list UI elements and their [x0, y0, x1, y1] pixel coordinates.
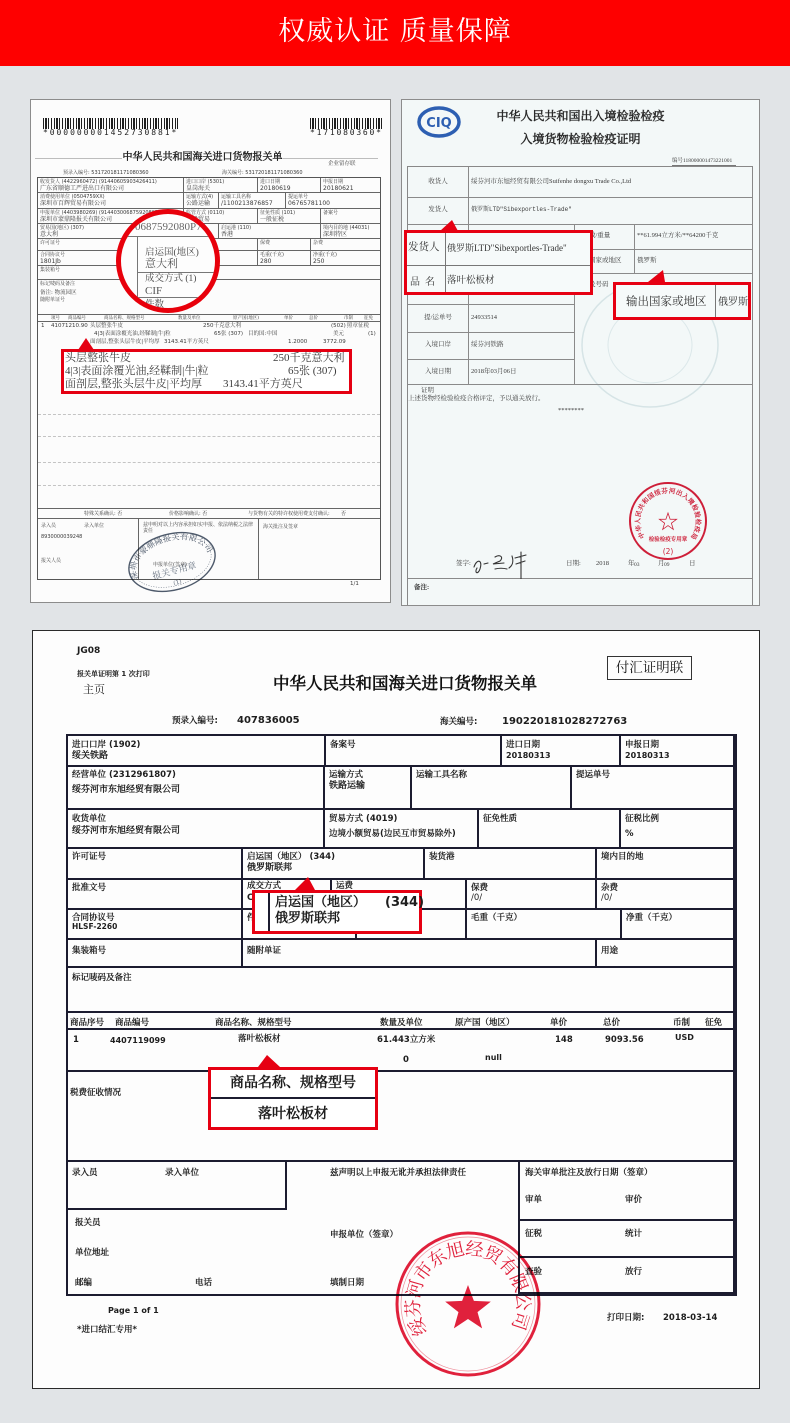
- dotted-line: [38, 462, 380, 463]
- callout-goods-label: 商品名称、规格型号: [211, 1075, 375, 1091]
- remarks-label: 备注:: [414, 584, 429, 592]
- cell-record-no: 备案号: [326, 736, 502, 767]
- misc-fee-value: /0/: [601, 893, 612, 903]
- cell-origin-country: 启运国（地区） (344) 俄罗斯联邦: [243, 849, 425, 880]
- departure-port-value: 香港: [221, 231, 233, 238]
- operator-value: 绥芬河市东旭经贸有限公司: [72, 785, 180, 795]
- phone-label: 电话: [195, 1278, 212, 1288]
- destination-value: 深圳特区: [323, 231, 347, 238]
- goods-origin: null: [485, 1053, 502, 1063]
- consignor-value: 俄罗斯LTD"Sibexportles-Trade": [471, 206, 572, 214]
- misc-fee-label: 杂费: [313, 240, 323, 246]
- cell-consumer: 消费使用单位 (0504759XX) 深圳市百辉贸易有限公司: [38, 193, 184, 209]
- callout-pointer: [258, 1055, 280, 1067]
- page-count: Page 1 of 1: [108, 1306, 159, 1316]
- rule: [408, 384, 752, 385]
- goods-seq: 1: [73, 1035, 79, 1045]
- gross-weight-value: 280: [260, 258, 271, 265]
- declare-date-value: 20180313: [625, 751, 670, 761]
- callout-line1-left: 头层整张牛皮: [65, 352, 131, 365]
- goods-header-row: [38, 315, 380, 322]
- special-relation-confirm: 特殊关系确认: 否: [84, 511, 122, 517]
- consignor-callout: 发货人 俄罗斯LTD"Sibexportles-Trade" 品 名 落叶松板材: [404, 230, 593, 295]
- cell-gross-weight: 毛重(千克) 280: [258, 251, 311, 266]
- cell-license: 许可证号: [68, 849, 243, 880]
- attached-docs-label: 随附单证: [247, 946, 281, 956]
- goods-header: 商品编号: [115, 1018, 149, 1028]
- consignor-value: 广东省顺德工严进出口有限公司: [40, 185, 124, 192]
- rule: [408, 304, 574, 305]
- seal-number: (2): [663, 547, 674, 556]
- import-date-value: 20180313: [506, 751, 551, 761]
- goods-currency: USD: [675, 1033, 694, 1043]
- callout-origin-value: 俄罗斯: [718, 296, 748, 309]
- cell-trade-mode: 贸易方式 (4019) 边境小额贸易(边民互市贸易除外): [325, 810, 479, 849]
- quantity-value: **61.994立方米/**64200千克: [637, 232, 718, 240]
- cell-approval-no: 批准文号: [68, 880, 243, 910]
- cell-tax-rate: 征税比例 %: [621, 810, 735, 849]
- customs-declaration-print: JG08 报关单证明第 1 次打印 主页 中华人民共和国海关进口货物报关单 付汇…: [33, 631, 759, 1388]
- goods-quantity-2: 0: [403, 1055, 409, 1065]
- dotted-line: [38, 414, 380, 415]
- rule: [408, 578, 752, 579]
- cell-container: 集装箱号: [68, 940, 243, 968]
- callout-pointer: [295, 877, 317, 890]
- barcode-right-number: *171080360*: [310, 129, 383, 137]
- rule: [408, 332, 574, 333]
- banner: 权威认证 质量保障: [0, 0, 790, 66]
- banner-title: 权威认证 质量保障: [0, 14, 790, 50]
- goods-header: 商品名称、规格型号: [215, 1018, 292, 1028]
- callout-origin-label: 启运国（地区）: [275, 896, 366, 910]
- contract-value: 1801Jb: [40, 258, 61, 265]
- net-weight-value: 250: [313, 258, 324, 265]
- goods-header: 单价: [284, 316, 293, 321]
- cell-consignor: 收发货人 (4422960472) (91440605903426411) 广东…: [38, 178, 184, 193]
- declarant-label: 报关员: [75, 1218, 101, 1228]
- certify-stars: ********: [558, 407, 584, 415]
- cell-insurance: 保费 /0/: [467, 880, 597, 910]
- goods-header: 币制: [673, 1018, 690, 1028]
- goods-quantity-3: 3143.41平方英尺: [164, 339, 209, 345]
- signature-label: 签字:: [456, 560, 471, 568]
- dotted-line: [38, 485, 380, 486]
- star-icon: [659, 513, 676, 529]
- cell-transport-tool: 运输工具名称: [412, 767, 572, 810]
- certify-label: 证明: [421, 387, 434, 395]
- dotted-line: [38, 436, 380, 437]
- insurance-value: /0/: [471, 893, 482, 903]
- royalty-confirm: 与货物有关的特许权使用费支付确认:: [248, 511, 330, 517]
- cell-tax-stats: [518, 1221, 735, 1258]
- copy-label: 付汇证明联: [607, 656, 692, 680]
- goods-header: 征免: [705, 1018, 722, 1028]
- callout-line2-left: 4|3|表面涂覆光油,经鞣制|牛|粒: [65, 365, 209, 378]
- magnified-rule: [137, 297, 220, 298]
- cell-net-weight: 净重（千克）: [622, 910, 735, 940]
- consignee-value: 绥芬河市东旭经贸有限公司Suifenhe dongxu Trade Co.,Lt…: [471, 178, 631, 186]
- goods-total: 9093.56: [605, 1035, 644, 1045]
- entry-date-label: 入境日期: [408, 368, 468, 376]
- rule: [715, 285, 716, 317]
- tax-rate-value: %: [625, 829, 634, 839]
- callout-origin-label: 输出国家或地区: [626, 295, 707, 309]
- entry-clerk-label: 录入员: [72, 1168, 98, 1178]
- print-date-label: 打印日期:: [607, 1313, 644, 1323]
- goods-header: 原产国（地区）: [455, 1018, 515, 1028]
- print-count: 报关单证明第 1 次打印: [77, 669, 150, 679]
- consignee-label: 收货人: [408, 178, 468, 186]
- certificate-serial: 编号118000001473221001: [672, 157, 736, 166]
- declarant-person-label: 报关人员: [41, 558, 61, 564]
- review-label: 审单: [525, 1195, 542, 1205]
- entry-clerk-label: 录入员: [41, 523, 56, 529]
- cell-destination: 境内目的地: [597, 849, 735, 880]
- certify-text: 上述货物经检验检疫合格评定，予以通关放行。: [408, 395, 545, 403]
- import-port-value: 皇岗海关: [186, 185, 210, 192]
- goods-spec: 4|3|表面涂覆光油,经鞣制|牛|粒: [94, 331, 171, 337]
- goods-name-callout: 商品名称、规格型号 落叶松板材: [208, 1067, 378, 1130]
- company-seal: 绥芬河市东旭经贸有限公司: [393, 1229, 543, 1379]
- price-impact-confirm: 价格影响确认: 否: [169, 511, 207, 517]
- trade-mode-label: 贸易方式 (4019): [329, 814, 397, 824]
- cell-tax: 税费征收情况: [68, 1072, 735, 1162]
- copy-label: 企业留存联: [328, 161, 356, 167]
- cell-destination: 境内目的地 (44031) 深圳特区: [321, 224, 380, 239]
- goods-destination: 目的国:中国: [248, 331, 277, 337]
- pre-entry-label: 预录入编号:: [172, 716, 218, 726]
- cell-declare-date: 申报日期 20180313: [621, 736, 735, 767]
- magnified-rule: [121, 236, 220, 237]
- cell-transport-mode: 运输方式(4) 公路运输: [184, 193, 219, 209]
- cell-import-port: 进口口岸 (1902) 绥关铁路: [68, 736, 326, 767]
- customs-number: 海关编号: 531720181171080360: [222, 170, 303, 176]
- declare-date-label: 申报日期: [625, 740, 659, 750]
- cell-import-date: 进口日期 20180619: [258, 178, 321, 193]
- bill-no-value: 06765781100: [288, 200, 330, 207]
- goods-currency-code: (502): [331, 323, 346, 329]
- entry-unit-label: 录入单位: [84, 523, 104, 529]
- transport-tool-label: 运输工具名称: [416, 770, 467, 780]
- print-date: 2018-03-14: [663, 1313, 717, 1323]
- callout-line3-right: 3143.41平方英尺: [223, 378, 303, 391]
- goods-header: 数量及单位: [178, 316, 201, 321]
- price-review-label: 审价: [625, 1195, 642, 1205]
- goods-header: 币制: [344, 316, 353, 321]
- container-label: 集装箱号: [40, 267, 60, 273]
- transport-tool-value: /1100213876857: [221, 200, 273, 207]
- magnified-deal-value: CIF: [145, 285, 162, 297]
- bill-no-label: 提/运单号: [408, 314, 468, 322]
- rule: [408, 197, 752, 198]
- rule: [445, 233, 446, 292]
- usage-label: 用途: [601, 946, 618, 956]
- magnified-code: 0687592080P7: [135, 222, 202, 232]
- approval-no-label: 批准文号: [72, 883, 106, 893]
- callout-line2-right: 65张 (307): [288, 365, 337, 378]
- inspection-certificate: CIQ 中华人民共和国出入境检验检疫 入境货物检验检疫证明 编号11800000…: [402, 100, 759, 605]
- seal-center-text: 报关专用章: [151, 559, 198, 582]
- record-no-label: 备案号: [330, 740, 356, 750]
- statement-text: 兹声明以上申报无讹并承担法律责任: [330, 1168, 466, 1178]
- goods-quantity: 61.443立方米: [377, 1035, 435, 1045]
- levy-nature-label: 征免性质: [483, 814, 517, 824]
- consignee-label: 收货单位: [72, 814, 106, 824]
- customs-broker-seal: 深圳市蒙鼎隆报关有限公司 报关专用章 (1): [124, 527, 220, 597]
- document-title: 中华人民共和国海关进口货物报关单: [122, 152, 283, 164]
- goods-header: 商品名称、规格型号: [104, 316, 145, 321]
- magnified-origin-value: 意大利: [145, 258, 178, 270]
- marks-remark: 备注: 物流园区: [40, 290, 77, 296]
- cell-usage: 用途: [597, 940, 735, 968]
- bill-no-label: 提运单号: [576, 770, 610, 780]
- entry-port-value: 绥芬河铁路: [471, 341, 504, 349]
- fill-date-label: 填制日期: [330, 1278, 364, 1288]
- cell-insurance: 保费: [258, 239, 311, 251]
- seal-number: (1): [173, 578, 183, 587]
- goods-callout: 头层整张牛皮 250千克意大利 4|3|表面涂覆光油,经鞣制|牛|粒 65张 (…: [61, 349, 352, 394]
- form-code: JG08: [77, 646, 100, 656]
- cell-attached-docs: 随附单证: [243, 940, 597, 968]
- customs-declaration-scan: *000000001452730881* *171080360* 中华人民共和国…: [31, 100, 390, 602]
- marks-label: 标记唛码及备注: [72, 973, 132, 983]
- transport-mode-value: 铁路运输: [329, 781, 365, 791]
- goods-header: 总价: [309, 316, 318, 321]
- cell-net-weight: 净重(千克) 250: [311, 251, 380, 266]
- callout-consignor-label: 发货人: [408, 241, 440, 255]
- import-port-value: 绥关铁路: [72, 751, 108, 761]
- entry-port-label: 入境口岸: [408, 341, 468, 349]
- declarant-value: 深圳市蒙鼎隆报关有限公司: [40, 216, 112, 223]
- tax-rate-label: 征税比例: [625, 814, 659, 824]
- cell-misc-fee: 杂费 /0/: [597, 880, 735, 910]
- insurance-label: 保费: [260, 240, 270, 246]
- goods-header: 商品编号: [68, 316, 86, 321]
- record-no-label: 备案号: [323, 210, 338, 216]
- callout-consignor-value: 俄罗斯LTD"Sibexportles-Trade": [447, 243, 567, 254]
- goods-header: 单价: [550, 1018, 567, 1028]
- rule: [407, 265, 590, 266]
- cell-levy-nature: 征免性质 (101) 一般征税: [258, 209, 321, 224]
- cell-gross-weight: 毛重（千克）: [467, 910, 622, 940]
- attached-docs-label: 随附单证号: [40, 297, 65, 303]
- cell-declare-date: 申报日期 20180621: [321, 178, 380, 193]
- magnified-origin-label: 启运国(地区): [145, 248, 199, 258]
- address-label: 单位地址: [75, 1248, 109, 1258]
- royalty-confirm-value: 否: [341, 511, 346, 517]
- customs-remarks-label: 海关批注及签章: [263, 524, 298, 530]
- levy-nature-value: 一般征税: [260, 216, 284, 223]
- rule: [634, 224, 635, 273]
- rule: [268, 893, 270, 931]
- goods-levy-code: (1): [368, 331, 376, 337]
- contract-value: HLSF-2260: [72, 922, 117, 932]
- customs-review-label: 海关审单批注及放行日期（签章）: [525, 1168, 653, 1178]
- transport-mode-label: 运输方式: [329, 770, 363, 780]
- rule: [574, 249, 752, 250]
- consignee-value: 绥芬河市东旭经贸有限公司: [72, 826, 180, 836]
- callout-name-value: 落叶松板材: [447, 275, 495, 287]
- origin-country-callout: 启运国（地区） (344) 俄罗斯联邦: [252, 890, 422, 934]
- magnifier-circle: 0687592080P7 启运国(地区) 意大利 成交方式 (1) CIF 件数: [116, 209, 220, 313]
- cell-import-port: 进口口岸 (5301) 皇岗海关: [184, 178, 258, 193]
- origin-country-label: 启运国（地区） (344): [247, 852, 335, 862]
- tax-label: 税费征收情况: [70, 1088, 121, 1098]
- stats-label: 统计: [625, 1229, 642, 1239]
- cell-departure-port: 启运港 (110) 香港: [219, 224, 321, 239]
- goods-total: 3772.09: [323, 339, 346, 345]
- insurance-label: 保费: [471, 883, 488, 893]
- cell-record-no: 备案号: [321, 209, 380, 224]
- cell-bill-no: 提运单号 06765781100: [286, 193, 380, 209]
- cell-loading-port: 装货港: [425, 849, 597, 880]
- goods-unit-price: 148: [555, 1035, 573, 1045]
- bill-no-value: 24933514: [471, 314, 497, 322]
- license-label: 许可证号: [72, 852, 106, 862]
- trade-mode-value: 边境小额贸易(边民互市贸易除外): [329, 829, 456, 839]
- callout-goods-value: 落叶松板材: [211, 1106, 375, 1122]
- cell-transport-tool: 运输工具名称 /1100213876857: [219, 193, 286, 209]
- goods-hs-code: 41071210.90: [51, 323, 88, 329]
- magnified-rule: [137, 272, 220, 273]
- cell-contract: 合同协议号 HLSF-2260: [68, 910, 243, 940]
- callout-name-label: 品 名: [410, 276, 435, 290]
- entry-date-value: 2018年03月06日: [471, 368, 517, 376]
- callout-origin-value: 俄罗斯联邦: [275, 912, 340, 926]
- container-label: 集装箱号: [72, 946, 106, 956]
- import-date-value: 20180619: [260, 185, 291, 192]
- net-weight-label: 净重（千克）: [626, 913, 677, 923]
- customs-number: 190220181028272763: [502, 716, 627, 728]
- goods-unit-price: 1.2000: [288, 339, 307, 345]
- consignor-label: 发货人: [408, 206, 468, 214]
- barcode-left-number: *000000001452730881*: [43, 129, 178, 137]
- magnified-rule: [137, 236, 138, 313]
- rule: [211, 1097, 375, 1099]
- goods-header: 项号: [51, 316, 60, 321]
- magnified-deal-label: 成交方式 (1): [145, 274, 196, 284]
- signature: [471, 547, 533, 579]
- goods-name: 落叶松板材: [238, 1034, 281, 1044]
- rule: [408, 359, 574, 360]
- import-date-label: 进口日期: [506, 740, 540, 750]
- trade-country-value: 意大利: [40, 231, 58, 238]
- cell-transport-mode: 运输方式 铁路运输: [325, 767, 412, 810]
- transport-mode-value: 公路运输: [186, 200, 210, 207]
- declare-date-value: 20180621: [323, 185, 354, 192]
- goods-header: 总价: [603, 1018, 620, 1028]
- goods-quantity-2: 65张 (307): [214, 331, 243, 337]
- gross-weight-label: 毛重（千克）: [471, 913, 522, 923]
- document-title: 中华人民共和国海关进口货物报关单: [267, 674, 543, 694]
- cell-consignee: 收货单位 绥芬河市东旭经贸有限公司: [68, 810, 325, 849]
- cell-misc-fee: 杂费: [311, 239, 380, 251]
- inspection-seal: 中华人民共和国绥芬河出入境检验检疫局 检验检疫专用章 (2): [626, 479, 710, 563]
- declaration-table: 进口口岸 (1902) 绥关铁路 备案号 进口日期 20180313 申报日期 …: [66, 734, 737, 1296]
- pre-entry-number: 407836005: [237, 715, 300, 727]
- consumer-value: 深圳市百辉贸易有限公司: [40, 200, 106, 207]
- cell-bill-no: 提运单号: [572, 767, 735, 810]
- certificate-title: 入境货物检验检疫证明: [402, 132, 759, 146]
- entry-unit-label: 录入单位: [165, 1168, 199, 1178]
- origin-callout: 输出国家或地区 俄罗斯: [613, 282, 751, 320]
- origin-value: 俄罗斯: [637, 257, 657, 265]
- customs-label: 海关编号:: [440, 717, 477, 727]
- callout-pointer: [648, 270, 665, 282]
- certificate-authority: 中华人民共和国出入境检验检疫: [402, 109, 759, 123]
- license-label: 许可证号: [40, 240, 60, 246]
- marks-label: 标记唛码及备注: [40, 281, 75, 287]
- goods-levy: 照章征税: [347, 323, 369, 329]
- cell-import-date: 进口日期 20180313: [502, 736, 621, 767]
- seal-center-text: 检验检疫专用章: [649, 535, 688, 543]
- goods-spec-2: 面剖层,整张头层牛皮|平均厚: [90, 339, 160, 345]
- rule: [408, 224, 752, 225]
- cell-trade-country: 贸易国(地区) (307) 意大利: [38, 224, 133, 239]
- date-year: 2018: [596, 560, 609, 568]
- postcode-label: 邮编: [75, 1278, 92, 1288]
- goods-currency: 美元: [333, 331, 344, 337]
- callout-origin-code: (344): [385, 896, 424, 910]
- magnified-pieces-label: 件数: [145, 300, 164, 310]
- star-icon: [445, 1285, 491, 1328]
- goods-header: 原产国(地区): [233, 316, 259, 321]
- callout-line1-right: 250千克意大利: [273, 352, 345, 365]
- page-number: 1/1: [350, 581, 359, 587]
- cell-marks: 标记唛码及备注: [68, 968, 735, 1013]
- operator-label: 经营单位 (2312961807): [72, 770, 176, 780]
- misc-fee-label: 杂费: [601, 883, 618, 893]
- release-label: 放行: [625, 1267, 642, 1277]
- cell-levy-nature: 征免性质: [479, 810, 621, 849]
- goods-quantity: 250千克意大利: [203, 323, 241, 329]
- loading-port-label: 装货港: [429, 852, 455, 862]
- callout-line3-left: 面剖层,整张头层牛皮|平均厚: [65, 378, 202, 391]
- destination-label: 境内目的地: [601, 852, 644, 862]
- import-port-label: 进口口岸 (1902): [72, 740, 140, 750]
- declare-seal-label: 申报单位（签章）: [330, 1230, 398, 1240]
- cell-operator: 经营单位 (2312961807) 绥芬河市东旭经贸有限公司: [68, 767, 325, 810]
- goods-name: 头层整张牛皮: [90, 323, 123, 329]
- origin-country-value: 俄罗斯联邦: [247, 863, 292, 873]
- page-label: 主页: [83, 683, 105, 696]
- pre-entry-number: 预录入编号: 531720181171080360: [63, 170, 149, 176]
- entry-code: 8930000039248: [41, 534, 82, 540]
- date-label: 日期:: [566, 560, 581, 568]
- goods-header: 数量及单位: [380, 1018, 423, 1028]
- goods-header: 商品序号: [70, 1018, 104, 1028]
- goods-header: 征免: [364, 316, 373, 321]
- goods-code: 4407119099: [110, 1036, 166, 1046]
- usage-note: *进口结汇专用*: [77, 1325, 137, 1335]
- goods-item-no: 1: [41, 323, 45, 329]
